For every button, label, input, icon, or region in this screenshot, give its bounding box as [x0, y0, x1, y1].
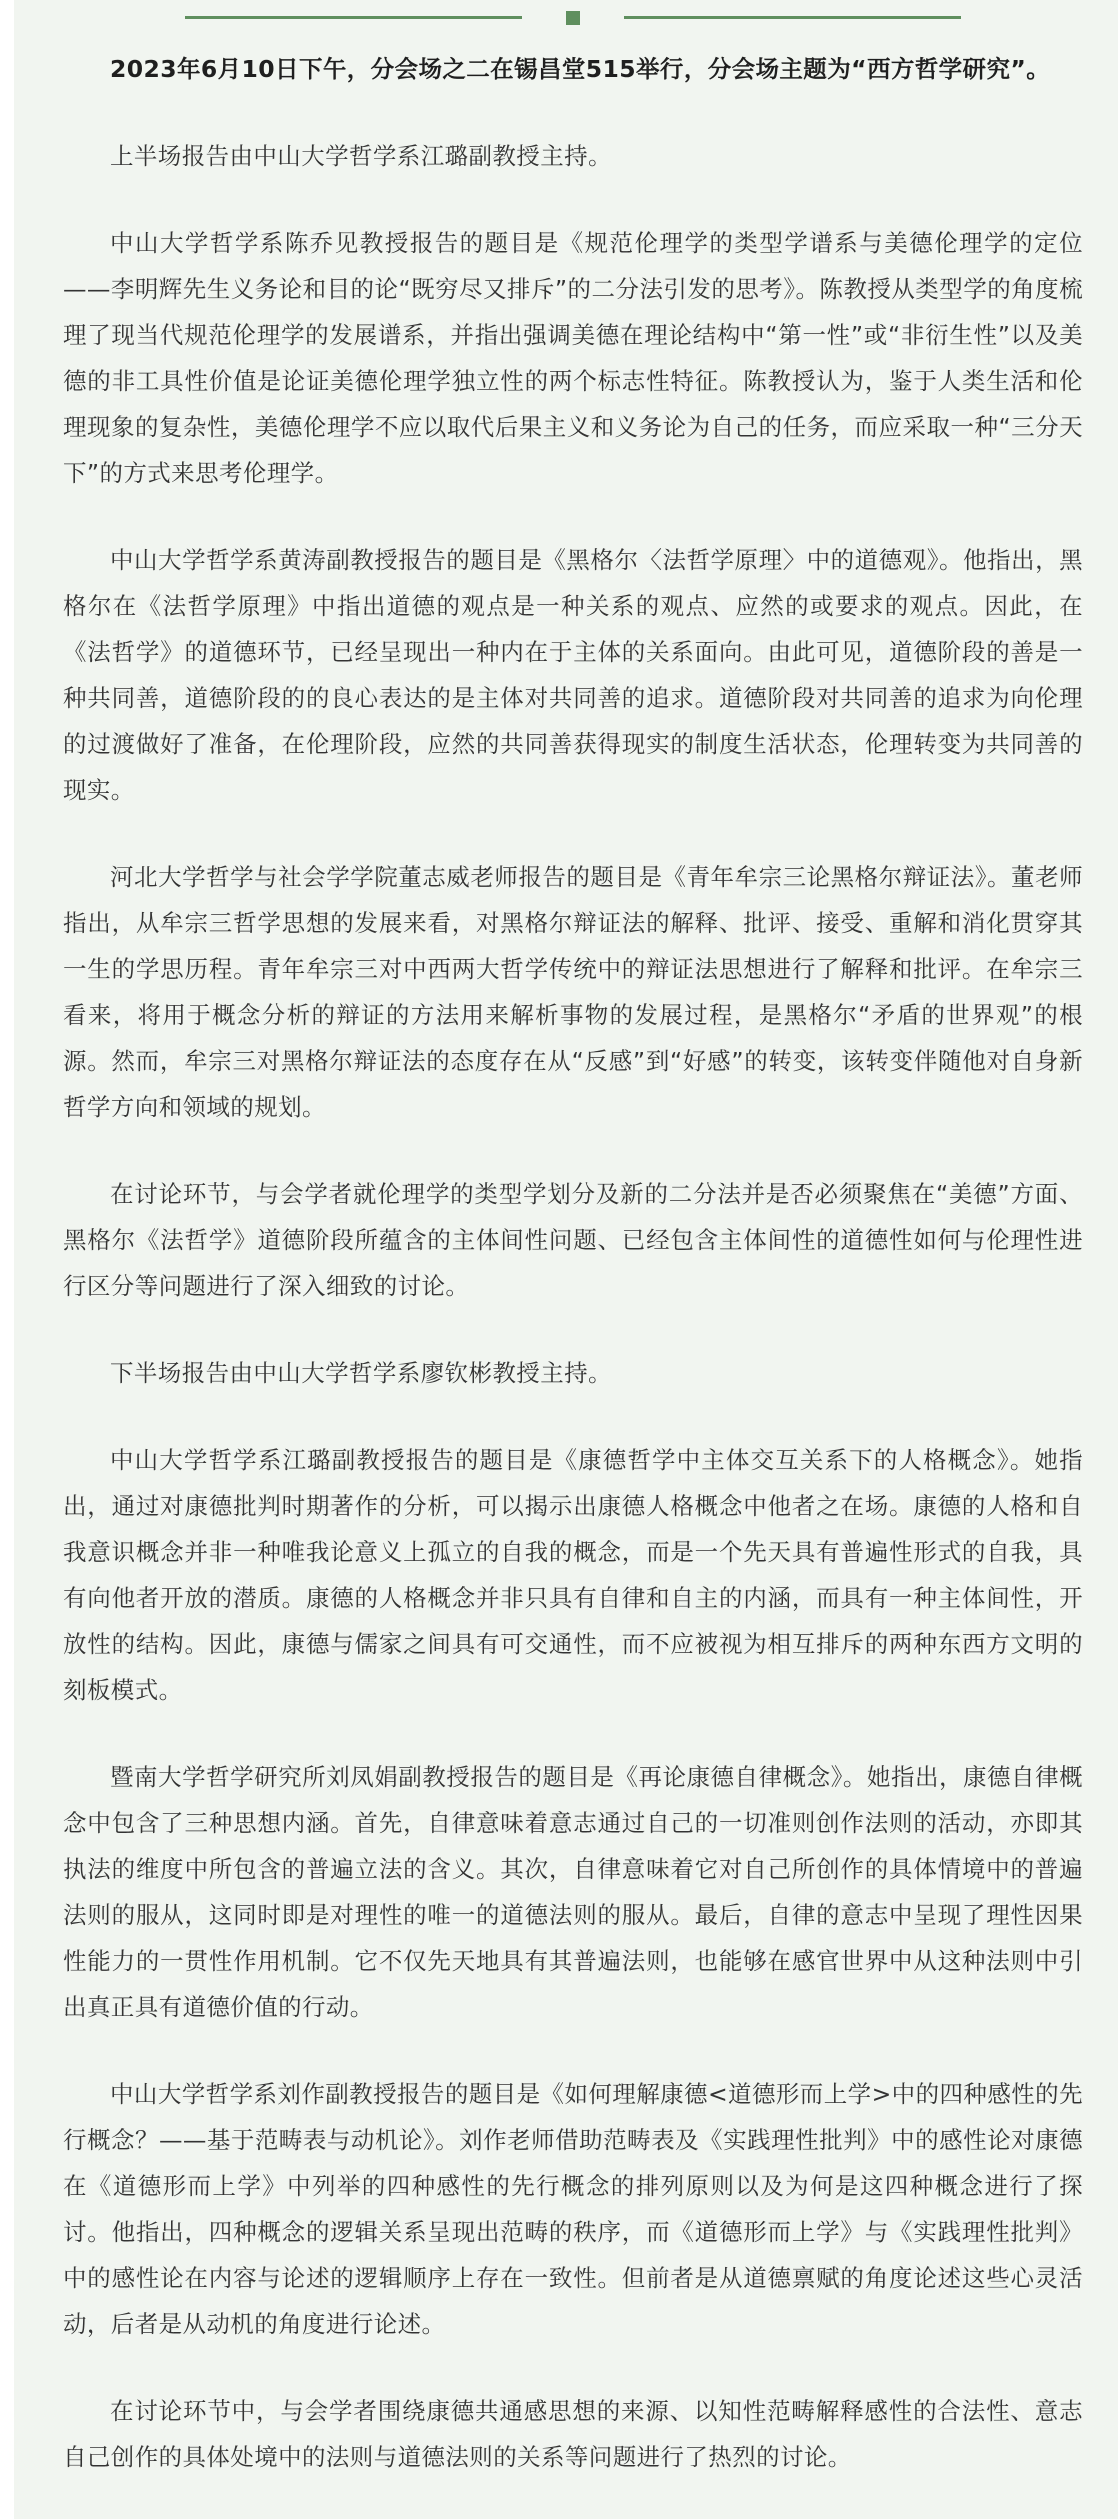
first-discussion-paragraph: 在讨论环节，与会学者就伦理学的类型学划分及新的二分法并是否必须聚焦在“美德”方面…: [63, 1171, 1083, 1309]
report-dong-zhiwei-paragraph: 河北大学哲学与社会学学院董志威老师报告的题目是《青年牟宗三论黑格尔辩证法》。董老…: [63, 854, 1083, 1130]
divider-square-icon: [566, 11, 580, 25]
report-huang-tao-paragraph: 中山大学哲学系黄涛副教授报告的题目是《黑格尔〈法哲学原理〉中的道德观》。他指出，…: [63, 537, 1083, 813]
report-liu-zuo-paragraph: 中山大学哲学系刘作副教授报告的题目是《如何理解康德<道德形而上学>中的四种感性的…: [63, 2071, 1083, 2347]
session-intro-paragraph: 2023年6月10日下午，分会场之二在锡昌堂515举行，分会场主题为“西方哲学研…: [63, 46, 1083, 92]
divider-line-left: [185, 16, 522, 19]
second-discussion-paragraph: 在讨论环节中，与会学者围绕康德共通感思想的来源、以知性范畴解释感性的合法性、意志…: [63, 2388, 1083, 2480]
report-chen-qiaojian-paragraph: 中山大学哲学系陈乔见教授报告的题目是《规范伦理学的类型学谱系与美德伦理学的定位—…: [63, 220, 1083, 496]
report-liu-fengjuan-paragraph: 暨南大学哲学研究所刘凤娟副教授报告的题目是《再论康德自律概念》。她指出，康德自律…: [63, 1754, 1083, 2030]
second-half-host-paragraph: 下半场报告由中山大学哲学系廖钦彬教授主持。: [63, 1350, 1083, 1396]
first-half-host-paragraph: 上半场报告由中山大学哲学系江璐副教授主持。: [63, 133, 1083, 179]
divider-line-right: [624, 16, 961, 19]
decorative-divider: [14, 0, 1118, 30]
article-panel: 2023年6月10日下午，分会场之二在锡昌堂515举行，分会场主题为“西方哲学研…: [14, 0, 1118, 2519]
report-jiang-lu-paragraph: 中山大学哲学系江璐副教授报告的题目是《康德哲学中主体交互关系下的人格概念》。她指…: [63, 1437, 1083, 1713]
article-body: 2023年6月10日下午，分会场之二在锡昌堂515举行，分会场主题为“西方哲学研…: [63, 46, 1083, 2519]
